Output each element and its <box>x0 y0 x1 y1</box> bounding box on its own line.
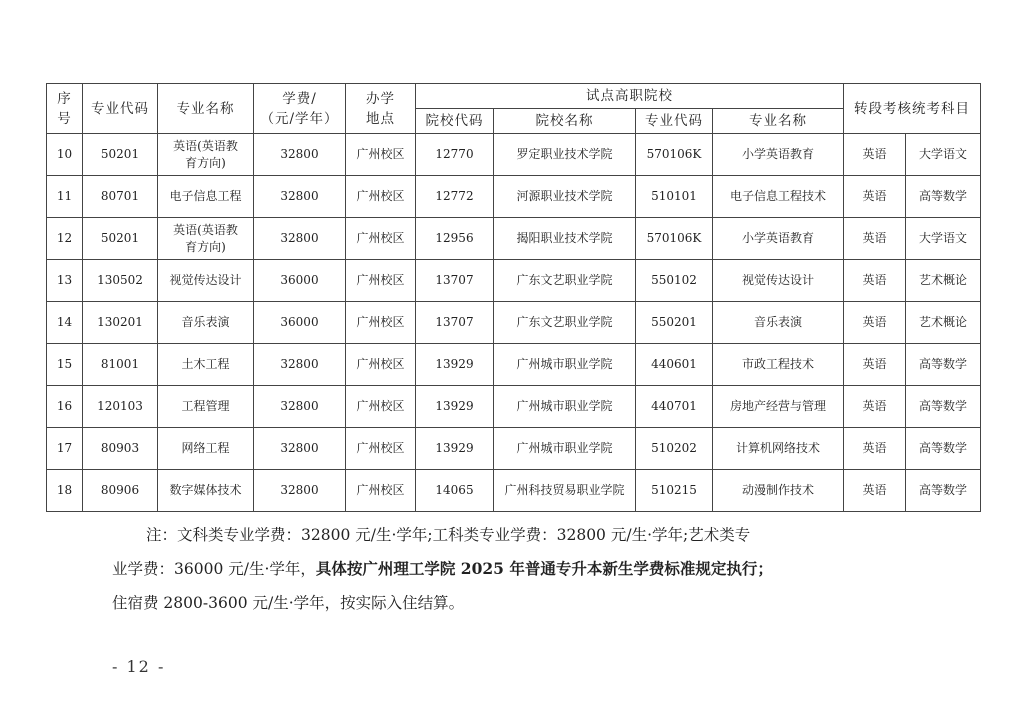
cell-pilot-major-code: 440701 <box>636 386 713 428</box>
cell-pilot-major-name: 房地产经营与管理 <box>713 386 844 428</box>
cell-major-name: 电子信息工程 <box>158 176 254 218</box>
cell-location: 广州校区 <box>346 344 416 386</box>
pilot-majors-table: 序号 专业代码 专业名称 学费/（元/学年） 办学地点 试点高职院校 转段考核统… <box>46 83 981 512</box>
cell-tuition: 32800 <box>254 344 346 386</box>
cell-subject-2: 高等数学 <box>906 428 981 470</box>
cell-school-name: 广东文艺职业学院 <box>494 260 636 302</box>
cell-pilot-major-code: 510215 <box>636 470 713 512</box>
cell-major-code: 80701 <box>83 176 158 218</box>
cell-location: 广州校区 <box>346 470 416 512</box>
cell-major-code: 130201 <box>83 302 158 344</box>
table-row: 14 130201 音乐表演 36000 广州校区 13707 广东文艺职业学院… <box>47 302 981 344</box>
cell-subject-1: 英语 <box>844 260 906 302</box>
cell-seq: 12 <box>47 218 83 260</box>
cell-major-name: 土木工程 <box>158 344 254 386</box>
cell-tuition: 32800 <box>254 176 346 218</box>
cell-school-name: 河源职业技术学院 <box>494 176 636 218</box>
cell-pilot-major-code: 570106K <box>636 218 713 260</box>
tuition-note: 注：文科类专业学费：32800 元/生·学年;工科类专业学费：32800 元/生… <box>112 518 927 620</box>
header-tuition: 学费/（元/学年） <box>254 84 346 134</box>
cell-subject-1: 英语 <box>844 470 906 512</box>
cell-pilot-major-code: 440601 <box>636 344 713 386</box>
cell-tuition: 32800 <box>254 386 346 428</box>
cell-pilot-major-code: 550201 <box>636 302 713 344</box>
cell-subject-1: 英语 <box>844 302 906 344</box>
cell-seq: 15 <box>47 344 83 386</box>
cell-subject-2: 高等数学 <box>906 470 981 512</box>
table-row: 12 50201 英语(英语教育方向) 32800 广州校区 12956 揭阳职… <box>47 218 981 260</box>
cell-school-code: 12770 <box>416 134 494 176</box>
cell-location: 广州校区 <box>346 302 416 344</box>
header-major-code: 专业代码 <box>83 84 158 134</box>
cell-location: 广州校区 <box>346 176 416 218</box>
page-number: - 12 - <box>112 657 165 676</box>
cell-school-name: 广州城市职业学院 <box>494 386 636 428</box>
cell-major-name: 数字媒体技术 <box>158 470 254 512</box>
cell-major-name: 工程管理 <box>158 386 254 428</box>
note-line-2: 业学费：36000 元/生·学年，具体按广州理工学院 2025 年普通专升本新生… <box>112 552 927 586</box>
cell-tuition: 32800 <box>254 470 346 512</box>
cell-subject-1: 英语 <box>844 134 906 176</box>
cell-school-name: 罗定职业技术学院 <box>494 134 636 176</box>
cell-pilot-major-name: 动漫制作技术 <box>713 470 844 512</box>
cell-subject-2: 大学语文 <box>906 134 981 176</box>
note-line-2-normal: 业学费：36000 元/生·学年， <box>112 560 316 578</box>
cell-major-code: 80903 <box>83 428 158 470</box>
cell-location: 广州校区 <box>346 428 416 470</box>
cell-seq: 14 <box>47 302 83 344</box>
cell-subject-2: 艺术概论 <box>906 302 981 344</box>
cell-pilot-major-code: 570106K <box>636 134 713 176</box>
cell-major-code: 50201 <box>83 218 158 260</box>
cell-pilot-major-name: 音乐表演 <box>713 302 844 344</box>
cell-tuition: 32800 <box>254 134 346 176</box>
table-row: 16 120103 工程管理 32800 广州校区 13929 广州城市职业学院… <box>47 386 981 428</box>
cell-school-code: 12956 <box>416 218 494 260</box>
cell-pilot-major-name: 市政工程技术 <box>713 344 844 386</box>
cell-school-name: 广东文艺职业学院 <box>494 302 636 344</box>
table-row: 13 130502 视觉传达设计 36000 广州校区 13707 广东文艺职业… <box>47 260 981 302</box>
cell-subject-2: 高等数学 <box>906 344 981 386</box>
cell-seq: 18 <box>47 470 83 512</box>
cell-seq: 10 <box>47 134 83 176</box>
cell-seq: 13 <box>47 260 83 302</box>
cell-tuition: 36000 <box>254 302 346 344</box>
header-pilot-major-code: 专业代码 <box>636 109 713 134</box>
header-pilot-school-code: 院校代码 <box>416 109 494 134</box>
table-row: 18 80906 数字媒体技术 32800 广州校区 14065 广州科技贸易职… <box>47 470 981 512</box>
cell-major-name: 英语(英语教育方向) <box>158 218 254 260</box>
cell-pilot-major-code: 550102 <box>636 260 713 302</box>
header-pilot-school-name: 院校名称 <box>494 109 636 134</box>
cell-seq: 11 <box>47 176 83 218</box>
cell-major-name: 网络工程 <box>158 428 254 470</box>
cell-subject-2: 大学语文 <box>906 218 981 260</box>
cell-school-code: 13929 <box>416 428 494 470</box>
header-major-name: 专业名称 <box>158 84 254 134</box>
header-row-1: 序号 专业代码 专业名称 学费/（元/学年） 办学地点 试点高职院校 转段考核统… <box>47 84 981 109</box>
cell-subject-2: 高等数学 <box>906 386 981 428</box>
note-line-1: 注：文科类专业学费：32800 元/生·学年;工科类专业学费：32800 元/生… <box>112 518 927 552</box>
cell-major-code: 120103 <box>83 386 158 428</box>
cell-pilot-major-name: 视觉传达设计 <box>713 260 844 302</box>
cell-major-name: 视觉传达设计 <box>158 260 254 302</box>
header-pilot-group: 试点高职院校 <box>416 84 844 109</box>
cell-subject-2: 高等数学 <box>906 176 981 218</box>
cell-school-code: 12772 <box>416 176 494 218</box>
cell-school-code: 13929 <box>416 386 494 428</box>
cell-tuition: 32800 <box>254 218 346 260</box>
cell-school-name: 揭阳职业技术学院 <box>494 218 636 260</box>
cell-pilot-major-name: 小学英语教育 <box>713 218 844 260</box>
cell-seq: 17 <box>47 428 83 470</box>
cell-pilot-major-name: 计算机网络技术 <box>713 428 844 470</box>
cell-school-name: 广州科技贸易职业学院 <box>494 470 636 512</box>
cell-subject-2: 艺术概论 <box>906 260 981 302</box>
cell-pilot-major-code: 510202 <box>636 428 713 470</box>
header-pilot-major-name: 专业名称 <box>713 109 844 134</box>
cell-pilot-major-name: 电子信息工程技术 <box>713 176 844 218</box>
cell-location: 广州校区 <box>346 386 416 428</box>
note-line-2-bold: 具体按广州理工学院 2025 年普通专升本新生学费标准规定执行； <box>316 559 773 578</box>
cell-location: 广州校区 <box>346 134 416 176</box>
cell-school-code: 14065 <box>416 470 494 512</box>
header-location: 办学地点 <box>346 84 416 134</box>
cell-school-name: 广州城市职业学院 <box>494 344 636 386</box>
cell-pilot-major-code: 510101 <box>636 176 713 218</box>
cell-subject-1: 英语 <box>844 218 906 260</box>
note-line-3: 住宿费 2800-3600 元/生·学年，按实际入住结算。 <box>112 586 927 620</box>
cell-location: 广州校区 <box>346 260 416 302</box>
cell-tuition: 32800 <box>254 428 346 470</box>
cell-major-code: 80906 <box>83 470 158 512</box>
cell-major-code: 50201 <box>83 134 158 176</box>
cell-major-code: 130502 <box>83 260 158 302</box>
cell-school-code: 13929 <box>416 344 494 386</box>
header-exam-subjects: 转段考核统考科目 <box>844 84 981 134</box>
cell-seq: 16 <box>47 386 83 428</box>
cell-tuition: 36000 <box>254 260 346 302</box>
cell-school-code: 13707 <box>416 260 494 302</box>
cell-major-code: 81001 <box>83 344 158 386</box>
cell-major-name: 音乐表演 <box>158 302 254 344</box>
cell-major-name: 英语(英语教育方向) <box>158 134 254 176</box>
table-row: 11 80701 电子信息工程 32800 广州校区 12772 河源职业技术学… <box>47 176 981 218</box>
table-row: 15 81001 土木工程 32800 广州校区 13929 广州城市职业学院 … <box>47 344 981 386</box>
cell-school-code: 13707 <box>416 302 494 344</box>
header-seq: 序号 <box>47 84 83 134</box>
cell-location: 广州校区 <box>346 218 416 260</box>
cell-school-name: 广州城市职业学院 <box>494 428 636 470</box>
cell-subject-1: 英语 <box>844 176 906 218</box>
cell-subject-1: 英语 <box>844 344 906 386</box>
cell-pilot-major-name: 小学英语教育 <box>713 134 844 176</box>
table-row: 10 50201 英语(英语教育方向) 32800 广州校区 12770 罗定职… <box>47 134 981 176</box>
cell-subject-1: 英语 <box>844 428 906 470</box>
cell-subject-1: 英语 <box>844 386 906 428</box>
table-row: 17 80903 网络工程 32800 广州校区 13929 广州城市职业学院 … <box>47 428 981 470</box>
